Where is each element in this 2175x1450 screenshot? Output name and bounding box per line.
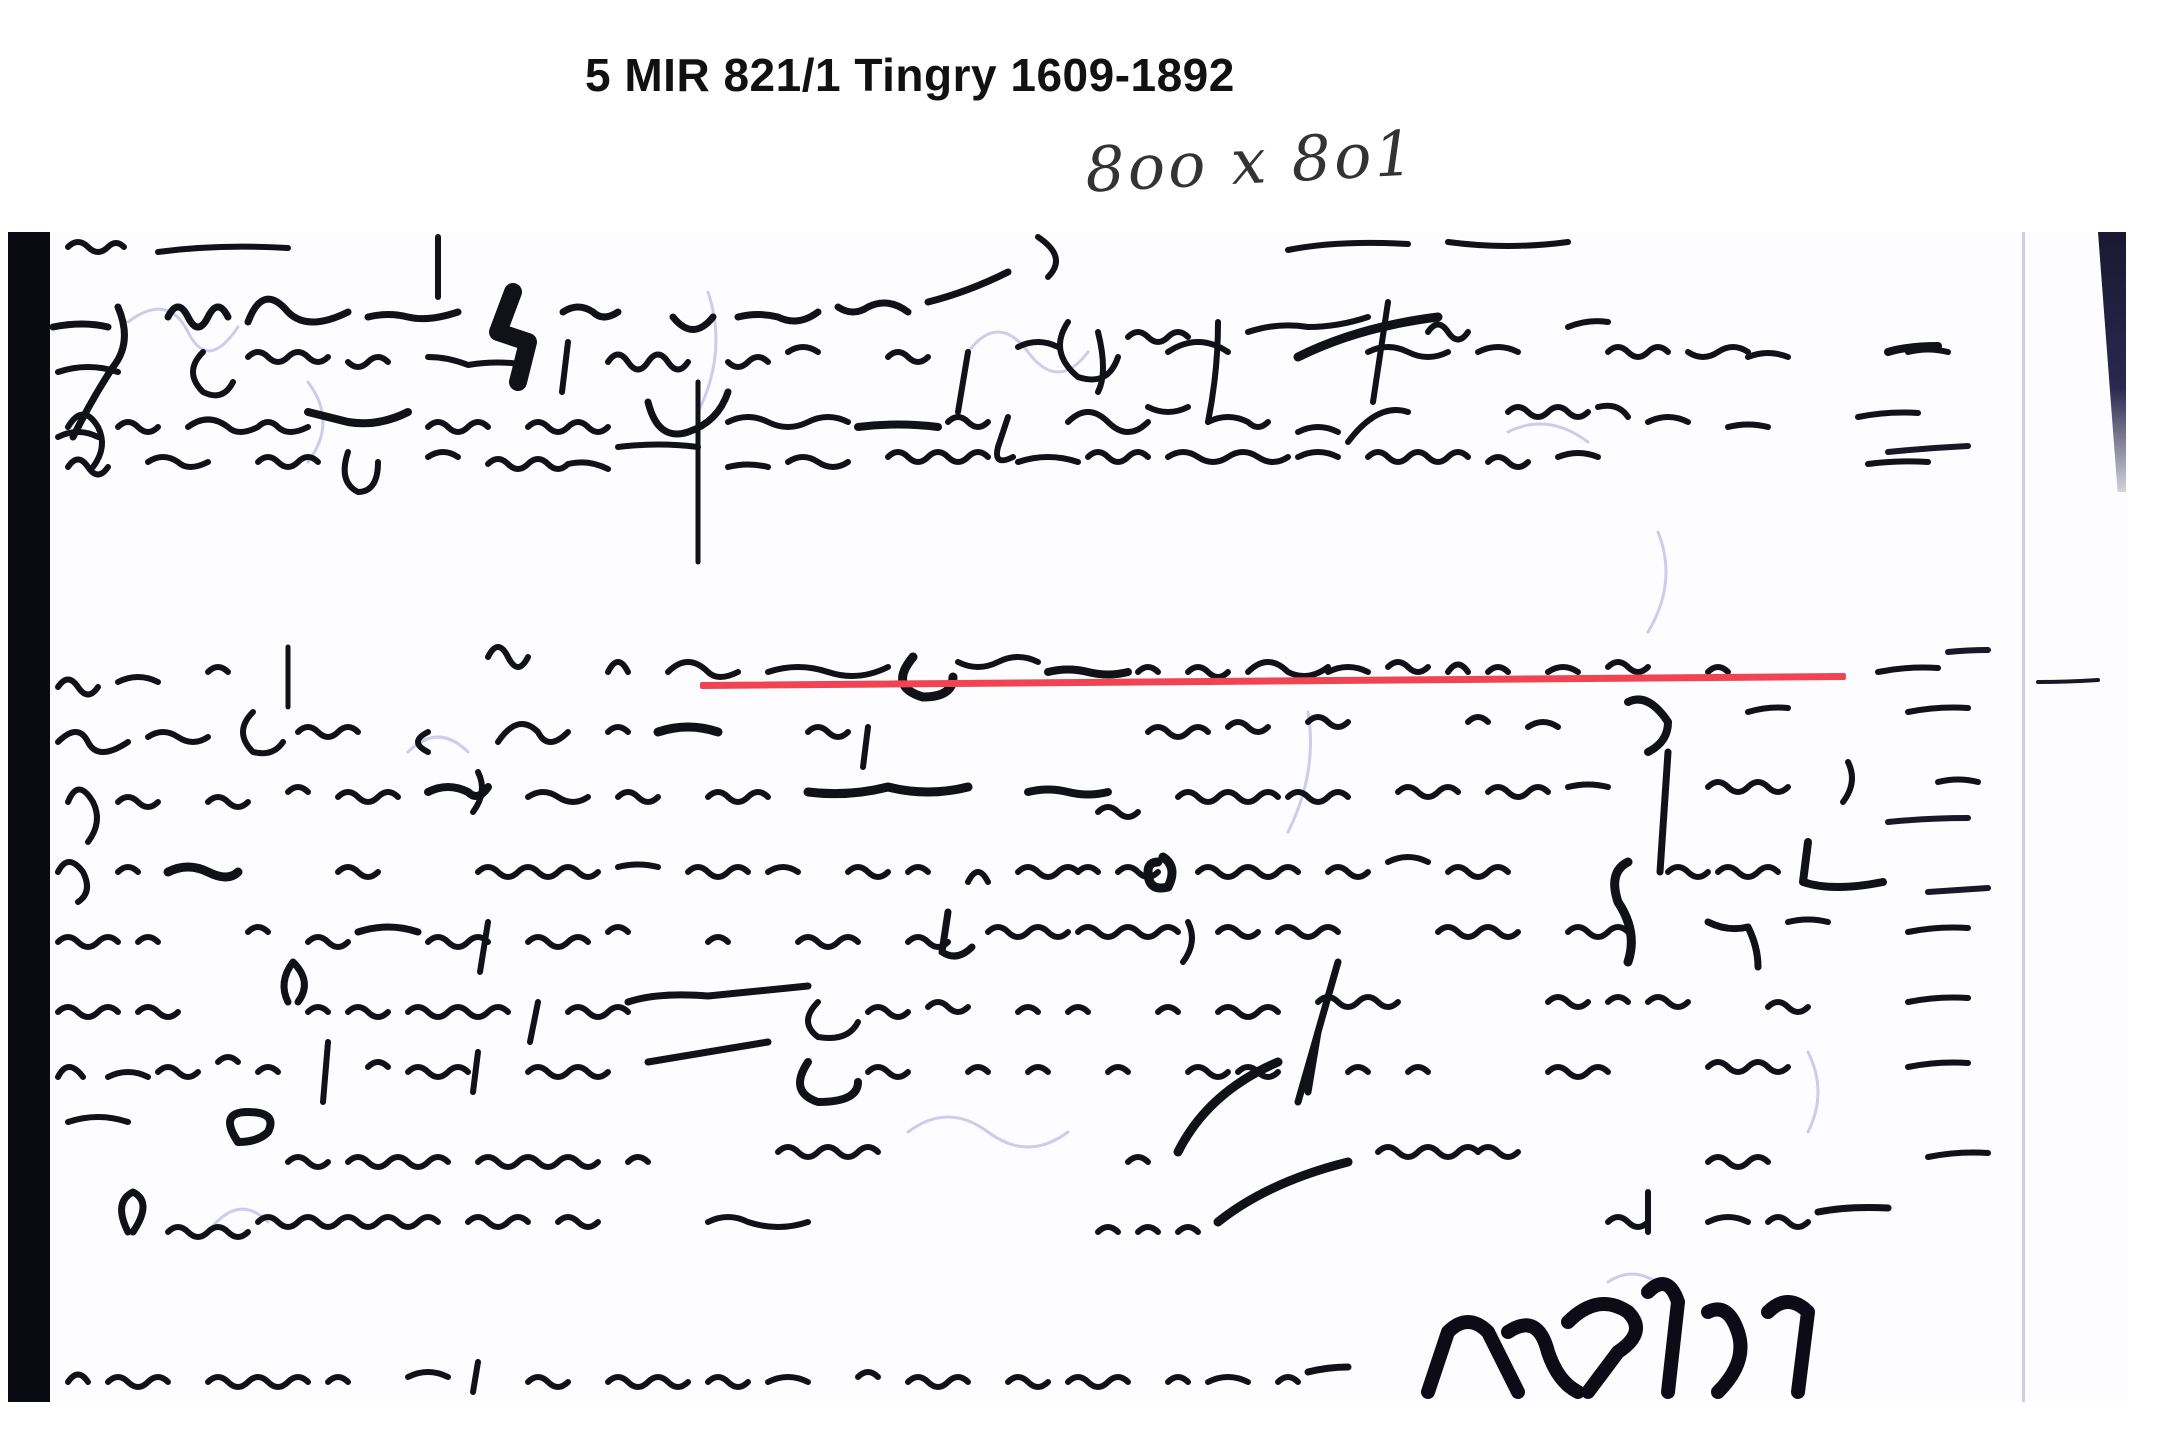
margin-rule-line: [2022, 232, 2025, 1402]
handwritten-dimension-note: 8oo x 8o1: [1083, 116, 1418, 206]
handwriting-strokes: [8, 232, 2128, 1402]
scan-left-edge-bar: [8, 232, 50, 1402]
document-title: 5 MIR 821/1 Tingry 1609-1892: [585, 48, 1235, 102]
document-scan: [8, 232, 2128, 1402]
